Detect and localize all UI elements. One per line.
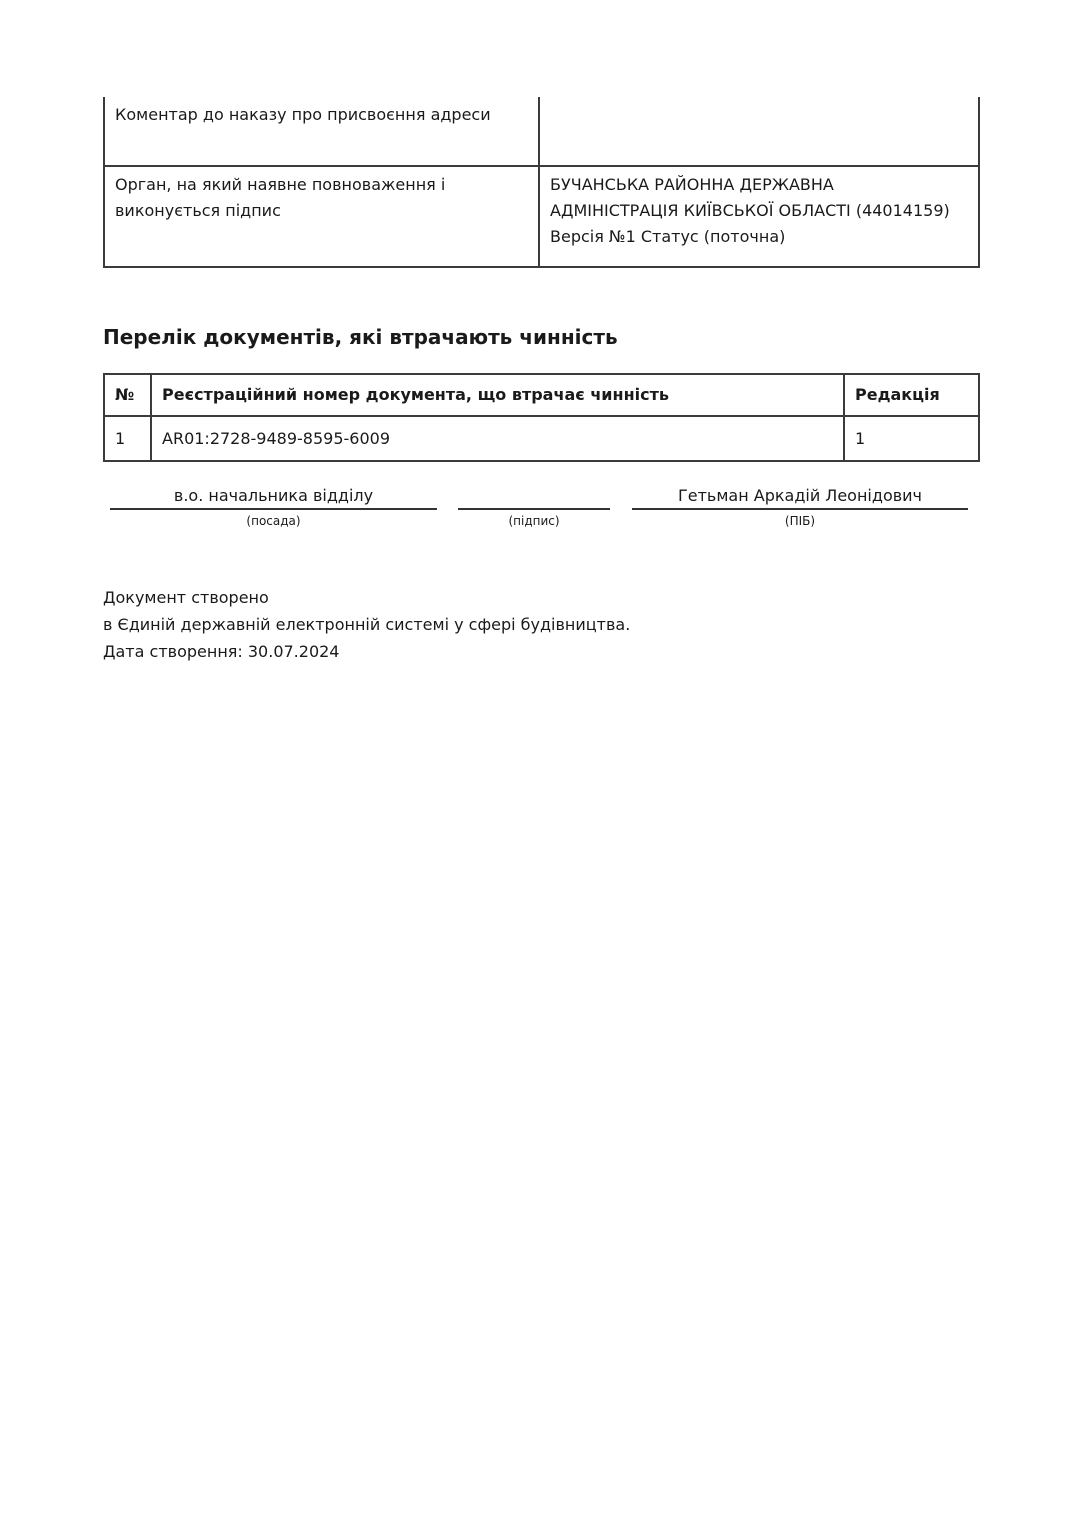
details-label-authority: Орган, на який наявне повноваження і вик… — [104, 166, 539, 267]
signature-sign-field: (підпис) — [458, 483, 610, 529]
revoked-table-row: 1 AR01:2728-9489-8595-6009 1 — [104, 416, 979, 461]
cell-registration-number: AR01:2728-9489-8595-6009 — [151, 416, 844, 461]
details-row-authority: Орган, на який наявне повноваження і вик… — [104, 166, 979, 267]
details-value-authority: БУЧАНСЬКА РАЙОННА ДЕРЖАВНА АДМІНІСТРАЦІЯ… — [539, 166, 979, 267]
col-header-registration-number: Реєстраційний номер документа, що втрача… — [151, 374, 844, 416]
cell-num: 1 — [104, 416, 151, 461]
document-page: Коментар до наказу про присвоєння адреси… — [0, 0, 1080, 1527]
signature-position-caption: (посада) — [110, 510, 437, 529]
col-header-num: № — [104, 374, 151, 416]
creation-note: Документ створено в Єдиній державній еле… — [103, 584, 630, 665]
details-value-comment — [539, 97, 979, 166]
revoked-table-header-row: № Реєстраційний номер документа, що втра… — [104, 374, 979, 416]
signature-name-value: Гетьман Аркадій Леонідович — [632, 483, 968, 510]
signature-sign-caption: (підпис) — [458, 510, 610, 529]
details-row-comment: Коментар до наказу про присвоєння адреси — [104, 97, 979, 166]
creation-note-line-1: Документ створено — [103, 584, 630, 611]
revoked-documents-table: № Реєстраційний номер документа, що втра… — [103, 373, 980, 462]
signature-position-field: в.о. начальника відділу (посада) — [110, 483, 437, 529]
revoked-documents-heading: Перелік документів, які втрачають чинніс… — [103, 324, 618, 350]
cell-revision: 1 — [844, 416, 979, 461]
col-header-revision: Редакція — [844, 374, 979, 416]
document-details-table: Коментар до наказу про присвоєння адреси… — [103, 97, 980, 268]
signature-position-value: в.о. начальника відділу — [110, 483, 437, 510]
creation-note-line-2: в Єдиній державній електронній системі у… — [103, 611, 630, 638]
details-label-comment: Коментар до наказу про присвоєння адреси — [104, 97, 539, 166]
signature-sign-value — [458, 483, 610, 510]
signature-name-field: Гетьман Аркадій Леонідович (ПІБ) — [632, 483, 968, 529]
signature-name-caption: (ПІБ) — [632, 510, 968, 529]
creation-date: Дата створення: 30.07.2024 — [103, 638, 630, 665]
